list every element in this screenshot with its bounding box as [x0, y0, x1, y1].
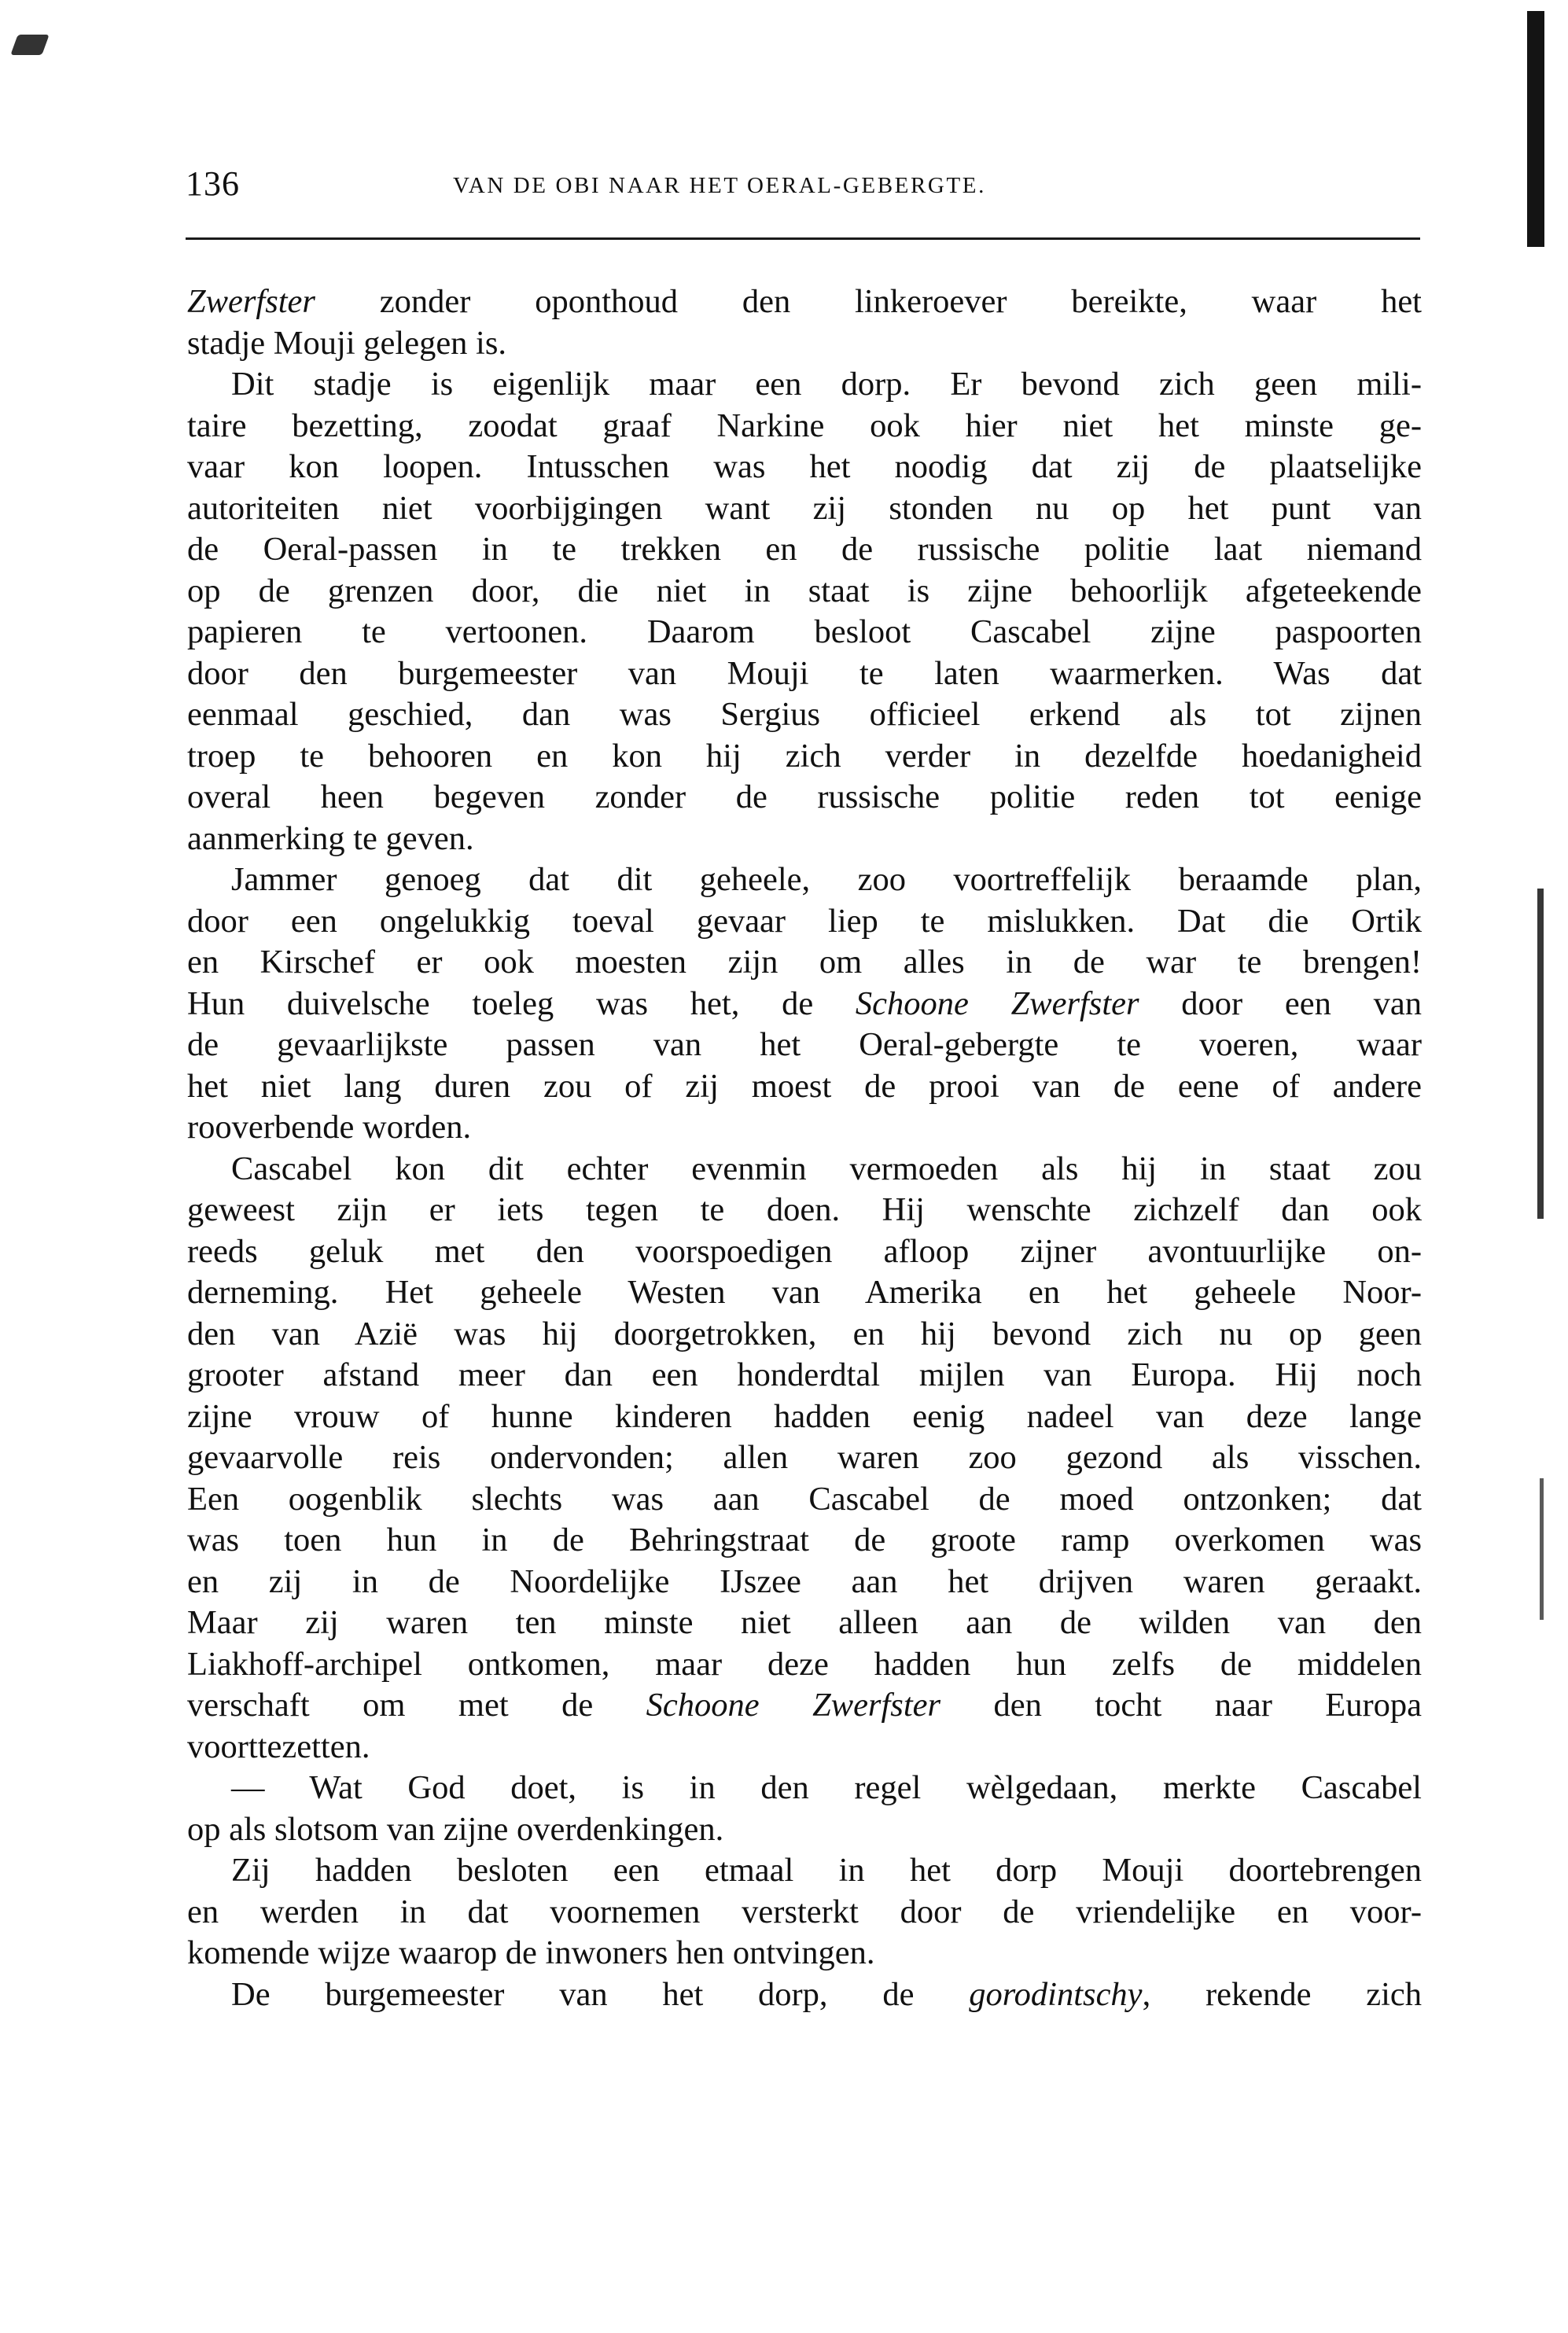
- scan-edge-shadow: [1540, 1478, 1544, 1620]
- text-line: taire bezetting, zoodat graaf Narkine oo…: [187, 406, 1422, 447]
- body-text: Zwerfster zonder oponthoud den linkeroev…: [187, 282, 1422, 2015]
- text-segment: De burgemeester van het dorp, de: [231, 1976, 969, 2013]
- text-line: derneming. Het geheele Westen van Amerik…: [187, 1272, 1422, 1314]
- text-line: papieren te vertoonen. Daarom besloot Ca…: [187, 612, 1422, 653]
- scanned-book-page: 136 VAN DE OBI NAAR HET OERAL-GEBERGTE. …: [0, 0, 1568, 2333]
- text-line: en zij in de Noordelijke IJszee aan het …: [187, 1562, 1422, 1603]
- text-segment: geweest zijn er iets tegen te doen. Hij …: [187, 1191, 1422, 1228]
- text-line: autoriteiten niet voorbijgingen want zij…: [187, 488, 1422, 530]
- text-line: Jammer genoeg dat dit geheele, zoo voort…: [187, 859, 1422, 901]
- text-line: vaar kon loopen. Intusschen was het nood…: [187, 447, 1422, 488]
- text-segment: papieren te vertoonen. Daarom besloot Ca…: [187, 613, 1422, 650]
- text-segment: autoriteiten niet voorbijgingen want zij…: [187, 490, 1422, 527]
- text-segment: zonder oponthoud den linkeroever bereikt…: [315, 283, 1422, 320]
- text-line: — Wat God doet, is in den regel wèlgedaa…: [187, 1768, 1422, 1809]
- text-segment: en Kirschef er ook moesten zijn om alles…: [187, 944, 1422, 981]
- text-segment: Liakhoff-archipel ontkomen, maar deze ha…: [187, 1646, 1422, 1683]
- text-segment: was toen hun in de Behringstraat de groo…: [187, 1522, 1422, 1558]
- text-line: Zwerfster zonder oponthoud den linkeroev…: [187, 282, 1422, 323]
- text-line: Cascabel kon dit echter evenmin vermoede…: [187, 1149, 1422, 1190]
- text-segment: op als slotsom van zijne overdenkingen.: [187, 1811, 723, 1848]
- text-line: en Kirschef er ook moesten zijn om alles…: [187, 942, 1422, 984]
- text-segment: het niet lang duren zou of zij moest de …: [187, 1068, 1422, 1105]
- text-line: troep te behooren en kon hij zich verder…: [187, 736, 1422, 778]
- text-segment: verschaft om met de: [187, 1687, 646, 1724]
- text-line: Maar zij waren ten minste niet alleen aa…: [187, 1603, 1422, 1644]
- text-line: eenmaal geschied, dan was Sergius offici…: [187, 694, 1422, 736]
- text-line: stadje Mouji gelegen is.: [187, 323, 1422, 365]
- text-line: aanmerking te geven.: [187, 819, 1422, 860]
- text-segment: Jammer genoeg dat dit geheele, zoo voort…: [231, 861, 1422, 898]
- text-line: door een ongelukkig toeval gevaar liep t…: [187, 901, 1422, 943]
- text-segment: taire bezetting, zoodat graaf Narkine oo…: [187, 407, 1422, 444]
- scan-blemish: [10, 35, 49, 55]
- running-head: 136 VAN DE OBI NAAR HET OERAL-GEBERGTE.: [186, 164, 1422, 211]
- text-line: het niet lang duren zou of zij moest de …: [187, 1066, 1422, 1108]
- text-segment: — Wat God doet, is in den regel wèlgedaa…: [231, 1769, 1422, 1806]
- text-line: de gevaarlijkste passen van het Oeral-ge…: [187, 1025, 1422, 1066]
- text-segment: Maar zij waren ten minste niet alleen aa…: [187, 1604, 1422, 1641]
- italic-text: gorodintschy: [969, 1976, 1142, 2013]
- text-line: Dit stadje is eigenlijk maar een dorp. E…: [187, 364, 1422, 406]
- text-segment: den tocht naar Europa: [940, 1687, 1422, 1724]
- text-segment: voorttezetten.: [187, 1728, 370, 1765]
- text-line: Hun duivelsche toeleg was het, de Schoon…: [187, 984, 1422, 1025]
- italic-text: Schoone Zwerfster: [646, 1687, 940, 1724]
- text-segment: vaar kon loopen. Intusschen was het nood…: [187, 448, 1422, 485]
- text-segment: , rekende zich: [1143, 1976, 1422, 2013]
- text-segment: grooter afstand meer dan een honderdtal …: [187, 1356, 1422, 1393]
- text-segment: de gevaarlijkste passen van het Oeral-ge…: [187, 1026, 1422, 1063]
- text-segment: de Oeral-passen in te trekken en de russ…: [187, 531, 1422, 568]
- text-line: rooverbende worden.: [187, 1107, 1422, 1149]
- text-segment: zijne vrouw of hunne kinderen hadden een…: [187, 1398, 1422, 1435]
- text-segment: den van Azië was hij doorgetrokken, en h…: [187, 1316, 1422, 1352]
- text-segment: Een oogenblik slechts was aan Cascabel d…: [187, 1481, 1422, 1518]
- text-line: komende wijze waarop de inwoners hen ont…: [187, 1933, 1422, 1974]
- text-line: den van Azië was hij doorgetrokken, en h…: [187, 1314, 1422, 1356]
- italic-text: Zwerfster: [187, 283, 315, 320]
- text-line: en werden in dat voornemen versterkt doo…: [187, 1892, 1422, 1934]
- text-line: zijne vrouw of hunne kinderen hadden een…: [187, 1396, 1422, 1438]
- scan-edge-shadow: [1527, 11, 1544, 247]
- text-segment: en zij in de Noordelijke IJszee aan het …: [187, 1563, 1422, 1600]
- text-segment: op de grenzen door, die niet in staat is…: [187, 572, 1422, 609]
- text-segment: gevaarvolle reis ondervonden; allen ware…: [187, 1439, 1422, 1476]
- text-segment: stadje Mouji gelegen is.: [187, 325, 506, 362]
- text-segment: Cascabel kon dit echter evenmin vermoede…: [231, 1150, 1422, 1187]
- text-segment: door een ongelukkig toeval gevaar liep t…: [187, 903, 1422, 940]
- text-segment: door den burgemeester van Mouji te laten…: [187, 655, 1422, 692]
- text-line: op de grenzen door, die niet in staat is…: [187, 571, 1422, 613]
- text-segment: Zij hadden besloten een etmaal in het do…: [231, 1852, 1422, 1889]
- text-line: gevaarvolle reis ondervonden; allen ware…: [187, 1437, 1422, 1479]
- text-line: Een oogenblik slechts was aan Cascabel d…: [187, 1479, 1422, 1521]
- scan-edge-shadow: [1537, 889, 1544, 1219]
- text-line: voorttezetten.: [187, 1727, 1422, 1768]
- text-segment: Hun duivelsche toeleg was het, de: [187, 985, 856, 1022]
- text-segment: door een van: [1139, 985, 1422, 1022]
- text-line: Liakhoff-archipel ontkomen, maar deze ha…: [187, 1644, 1422, 1686]
- header-rule: [186, 237, 1420, 240]
- text-line: De burgemeester van het dorp, de gorodin…: [187, 1974, 1422, 2016]
- text-line: verschaft om met de Schoone Zwerfster de…: [187, 1685, 1422, 1727]
- text-segment: rooverbende worden.: [187, 1109, 471, 1146]
- text-segment: overal heen begeven zonder de russische …: [187, 778, 1422, 815]
- page-number: 136: [186, 164, 240, 204]
- text-line: door den burgemeester van Mouji te laten…: [187, 653, 1422, 695]
- text-segment: derneming. Het geheele Westen van Amerik…: [187, 1274, 1422, 1311]
- text-segment: Dit stadje is eigenlijk maar een dorp. E…: [231, 366, 1422, 403]
- text-segment: reeds geluk met den voorspoedigen afloop…: [187, 1233, 1422, 1270]
- text-line: overal heen begeven zonder de russische …: [187, 777, 1422, 819]
- text-line: de Oeral-passen in te trekken en de russ…: [187, 529, 1422, 571]
- italic-text: Schoone Zwerfster: [856, 985, 1139, 1022]
- text-segment: en werden in dat voornemen versterkt doo…: [187, 1893, 1422, 1930]
- text-segment: eenmaal geschied, dan was Sergius offici…: [187, 696, 1422, 733]
- text-line: Zij hadden besloten een etmaal in het do…: [187, 1850, 1422, 1892]
- text-line: op als slotsom van zijne overdenkingen.: [187, 1809, 1422, 1851]
- text-segment: komende wijze waarop de inwoners hen ont…: [187, 1934, 875, 1971]
- text-line: was toen hun in de Behringstraat de groo…: [187, 1520, 1422, 1562]
- text-line: grooter afstand meer dan een honderdtal …: [187, 1355, 1422, 1396]
- text-segment: aanmerking te geven.: [187, 820, 474, 857]
- text-segment: troep te behooren en kon hij zich verder…: [187, 738, 1422, 775]
- text-line: geweest zijn er iets tegen te doen. Hij …: [187, 1190, 1422, 1231]
- text-line: reeds geluk met den voorspoedigen afloop…: [187, 1231, 1422, 1273]
- chapter-title: VAN DE OBI NAAR HET OERAL-GEBERGTE.: [453, 173, 986, 199]
